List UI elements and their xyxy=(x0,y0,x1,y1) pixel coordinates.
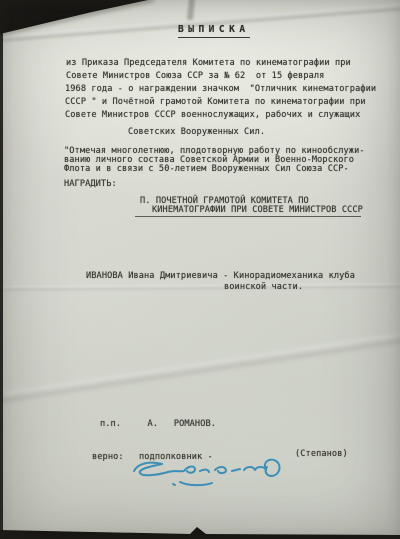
intro-line-5: Совете Министров СССР военнослужащих, ра… xyxy=(65,110,360,120)
intro-center-line: Советских Вооруженных Сил. xyxy=(128,127,265,137)
signature-stroke-under xyxy=(173,482,212,485)
intro-line-2: Совете Министров Союза ССР за № 62 от 15… xyxy=(66,71,324,81)
paper-crease-diagonal xyxy=(0,327,400,405)
pp-signature-line: п.п. А. РОМАНОВ. xyxy=(100,419,216,429)
paper-sheet: ВЫПИСКА из Приказа Председателя Комитета… xyxy=(0,0,400,539)
intro-line-4: СССР " и Почётной грамотой Комитета по к… xyxy=(65,97,366,107)
award-underline xyxy=(135,216,361,217)
paper-fold-nick xyxy=(187,0,195,20)
certify-label: верно: xyxy=(92,452,124,462)
certify-name: (Степанов) xyxy=(295,449,348,459)
intro-line-3: 1968 года - о награждении значком "Отлич… xyxy=(65,84,376,94)
intro-line-1: из Приказа Председателя Комитета по кине… xyxy=(66,58,351,68)
recipient-line-2: воинской части. xyxy=(224,282,303,292)
recipient-line-1: ИВАНОВА Ивана Дмитриевича - Кинорадиомех… xyxy=(86,271,355,281)
signature-ink xyxy=(128,449,288,491)
paper-crease-middle xyxy=(0,284,400,291)
scanned-document-photo: ВЫПИСКА из Приказа Председателя Комитета… xyxy=(0,0,400,539)
award-lead: НАГРАДИТЬ: xyxy=(64,179,117,189)
signature-stroke-main xyxy=(134,460,279,476)
award-line-2: КИНЕМАТОГРАФИИ ПРИ СОВЕТЕ МИНИСТРОВ СССР xyxy=(152,205,363,215)
citation-line-3: Флота и в связи с 50-летием Вооруженных … xyxy=(64,164,349,174)
paper-fold-shadow xyxy=(0,0,154,36)
document-title: ВЫПИСКА xyxy=(178,25,250,38)
